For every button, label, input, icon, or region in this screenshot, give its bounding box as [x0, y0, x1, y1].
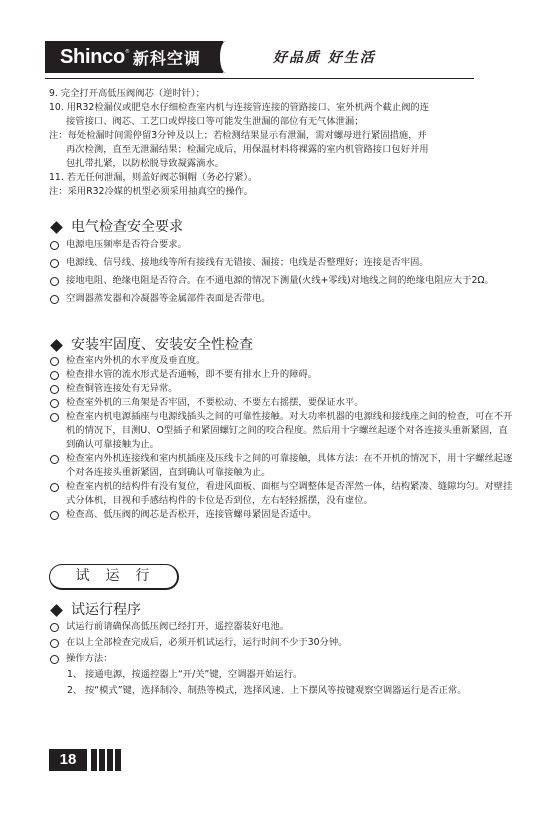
- note-1-line-1: 注：每处检漏时间需停留3分钟及以上；若检测结果显示有泄漏，需对螺母进行紧固措施，…: [49, 129, 515, 143]
- circle-bullet-icon: [50, 277, 59, 286]
- page-number-bars-decoration: [91, 749, 121, 771]
- checklist-item: 电源线、信号线、接地线等所有接线有无错接、漏接；电线是否整理好；连接是否牢固。: [49, 254, 515, 272]
- checklist-item: 电源电压频率是否符合要求。: [49, 236, 515, 254]
- circle-bullet-icon: [50, 399, 59, 408]
- checklist-item: 检查排水管的流水形式是否通畅，即不要有排水上升的障碍。: [49, 368, 515, 382]
- checklist-item: 检查高、低压阀的阀芯是否松开，连接管螺母紧固是否适中。: [49, 508, 515, 522]
- circle-bullet-icon: [50, 483, 59, 492]
- circle-bullet-icon: [50, 455, 59, 464]
- circle-bullet-icon: [50, 357, 59, 366]
- checklist-item: 检查室内外机的水平度及垂直度。: [49, 354, 515, 368]
- section-title: 电气检查安全要求: [49, 218, 515, 236]
- brand-name-chinese: 新科空调: [133, 46, 201, 69]
- checklist-item: 检查室外机的三角架是否牢固，不要松动、不要左右摇摆，要保证水平。: [49, 396, 515, 410]
- checklist-item: 检查室内机的结构件有没有复位，看进风面板、面框与空调整体是否浑然一体，结构紧凑、…: [49, 480, 515, 508]
- page-header: Shinco ® 新科空调 好品质 好生活: [45, 41, 475, 75]
- diamond-bullet-icon: [50, 221, 63, 234]
- checklist-item: 检查铜管连接处有无异常。: [49, 382, 515, 396]
- diamond-bullet-icon: [50, 604, 63, 617]
- checklist-item: 接地电阻、绝缘电阻是否符合。在不通电源的情况下测量(火线+零线)对地线之间的绝缘…: [49, 272, 515, 290]
- section-title: 试运行程序: [49, 601, 515, 619]
- checklist-item: 操作方法：: [49, 651, 515, 667]
- slogan: 好品质 好生活: [273, 47, 376, 67]
- operation-steps: 1、 接通电源，按遥控器上“开/关”键，空调器开始运行。 2、 按“模式”键，选…: [49, 667, 515, 699]
- checklist-item: 试运行前请确保高低压阀已经打开，遥控器装好电池。: [49, 619, 515, 635]
- step-9: 9. 完全打开高低压阀阀芯（逆时针）；: [49, 87, 515, 101]
- checklist-item: 检查室内机电源插座与电源线插头之间的可靠性接触。对大功率机器的电源线和接线座之间…: [49, 410, 515, 452]
- leak-check-steps: 9. 完全打开高低压阀阀芯（逆时针）； 10. 用R32检漏仪或肥皂水仔细检查室…: [49, 87, 515, 199]
- circle-bullet-icon: [50, 259, 59, 268]
- step-10-line-1: 10. 用R32检漏仪或肥皂水仔细检查室内机与连接管连接的管路接口、室外机两个截…: [49, 101, 515, 115]
- section-title-text: 试运行程序: [71, 601, 141, 619]
- checklist-item: 在以上全部检查完成后，必须开机试运行，运行时间不少于30分钟。: [49, 635, 515, 651]
- brand-name-latin: Shinco: [60, 46, 125, 69]
- step-10-line-2: 接管接口、阀芯、工艺口或焊接口等可能发生泄漏的部位有无气体泄漏；: [49, 115, 515, 129]
- header-curve-decoration: [217, 41, 235, 73]
- installation-safety-section: 安装牢固度、安装安全性检查 检查室内外机的水平度及垂直度。 检查排水管的流水形式…: [49, 336, 515, 522]
- note-2: 注：采用R32冷媒的机型必须采用抽真空的操作。: [49, 185, 515, 199]
- trial-run-section: 试运行程序 试运行前请确保高低压阀已经打开，遥控器装好电池。 在以上全部检查完成…: [49, 601, 515, 699]
- circle-bullet-icon: [50, 295, 59, 304]
- brand-logo: Shinco ® 新科空调: [45, 41, 223, 73]
- section-title: 安装牢固度、安装安全性检查: [49, 336, 515, 354]
- checklist-item: 检查室内外机连接线和室内机插座及压线卡之间的可靠接触，具体方法：在不开机的情况下…: [49, 452, 515, 480]
- circle-bullet-icon: [50, 623, 59, 632]
- header-divider: [45, 78, 474, 79]
- circle-bullet-icon: [50, 511, 59, 520]
- diamond-bullet-icon: [50, 339, 63, 352]
- registered-mark: ®: [125, 49, 130, 55]
- operation-step: 1、 接通电源，按遥控器上“开/关”键，空调器开始运行。: [67, 667, 515, 683]
- page-number: 18: [49, 749, 87, 771]
- note-1-line-2: 再次检测，直至无泄漏结果；检漏完成后，用保温材料将裸露的室内机管路接口包好并用: [49, 143, 515, 157]
- section-title-text: 电气检查安全要求: [71, 218, 183, 236]
- checklist-item: 空调器蒸发器和冷凝器等金属部件表面是否带电。: [49, 290, 515, 308]
- trial-run-heading: 试运行: [49, 564, 179, 590]
- operation-step: 2、 按“模式”键，选择制冷、制热等模式，选择风速、上下摆风等按键观察空调器运行…: [67, 683, 515, 699]
- circle-bullet-icon: [50, 413, 59, 422]
- electrical-safety-section: 电气检查安全要求 电源电压频率是否符合要求。 电源线、信号线、接地线等所有接线有…: [49, 218, 515, 308]
- note-1-line-3: 包扎带扎紧，以防松脱导致凝露滴水。: [49, 157, 515, 171]
- circle-bullet-icon: [50, 371, 59, 380]
- circle-bullet-icon: [50, 385, 59, 394]
- circle-bullet-icon: [50, 639, 59, 648]
- circle-bullet-icon: [50, 241, 59, 250]
- section-title-text: 安装牢固度、安装安全性检查: [71, 336, 253, 354]
- circle-bullet-icon: [50, 655, 59, 664]
- step-11: 11. 若无任何泄漏，则盖好阀芯铜帽（务必拧紧）。: [49, 171, 515, 185]
